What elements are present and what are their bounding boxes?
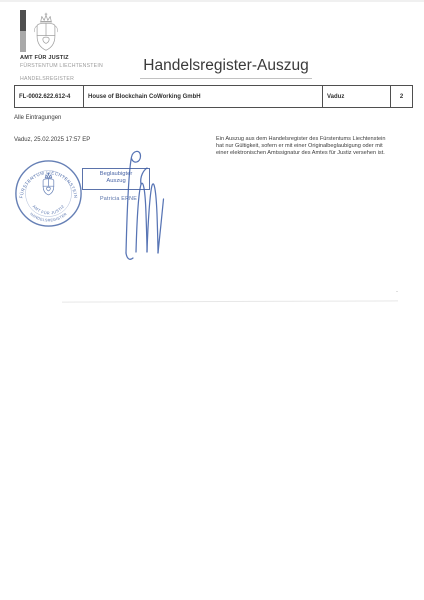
register-label: HANDELSREGISTER [20, 76, 74, 82]
issue-place-date: Vaduz, 25.02.2025 17:57 EP [14, 137, 90, 143]
scan-artifact-top [0, 0, 424, 2]
legal-seat-cell: Vaduz [323, 86, 391, 107]
logo-bar-light [20, 31, 26, 52]
validity-note: Ein Auszug aus dem Handelsregister des F… [216, 136, 412, 158]
svg-text:AMT FÜR JUSTIZ: AMT FÜR JUSTIZ [32, 204, 66, 216]
page-count-cell: 2 [391, 86, 412, 107]
company-name-cell: House of Blockchain CoWorking GmbH [84, 86, 323, 107]
official-stamp-icon: FÜRSTENTUM LIECHTENSTEIN AMT FÜR JUSTIZ … [14, 159, 83, 228]
office-subtitle: FÜRSTENTUM LIECHTENSTEIN [20, 63, 103, 69]
office-name: AMT FÜR JUSTIZ [20, 55, 69, 61]
validity-note-line-3: einer elektronischen Amtssignatur des Am… [216, 150, 412, 157]
validity-note-line-1: Ein Auszug aus dem Handelsregister des F… [216, 136, 412, 143]
title-underline [140, 78, 312, 79]
stamp-office-text: AMT FÜR JUSTIZ [32, 204, 66, 216]
scan-artifact-dot [396, 291, 398, 292]
register-number-cell: FL-0002.622.612-4 [15, 86, 84, 107]
scan-artifact-line [62, 300, 398, 302]
page-title: Handelsregister-Auszug [110, 57, 342, 75]
record-table: FL-0002.622.612-4 House of Blockchain Co… [14, 85, 413, 108]
document-page: AMT FÜR JUSTIZ FÜRSTENTUM LIECHTENSTEIN … [0, 0, 424, 600]
coat-of-arms-icon [30, 12, 62, 56]
validity-note-line-2: hat nur Gültigkeit, sofern er mit einer … [216, 143, 412, 150]
logo-bar-dark [20, 10, 26, 31]
entries-label: Alle Eintragungen [14, 115, 61, 121]
signature-icon [95, 145, 185, 275]
